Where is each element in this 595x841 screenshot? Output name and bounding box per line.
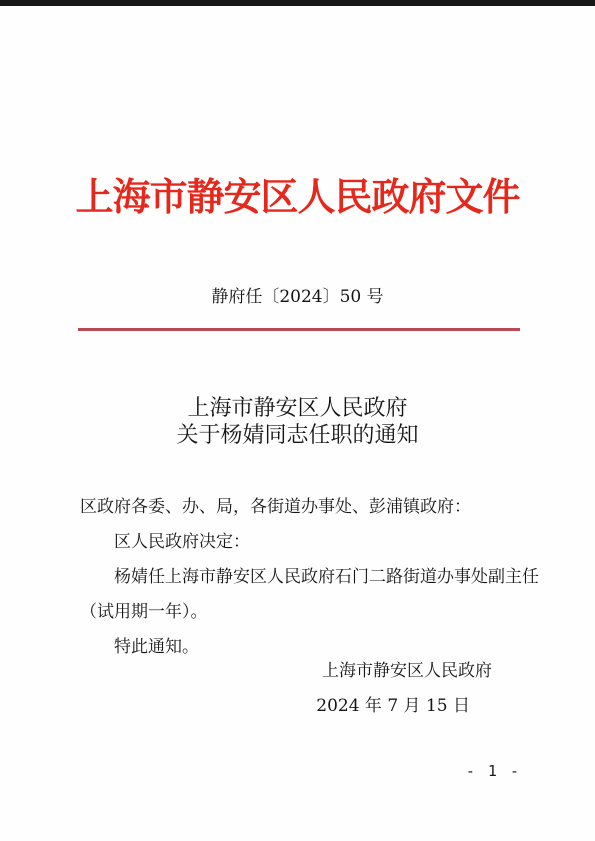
appointment-line: 杨婧任上海市静安区人民政府石门二路街道办事处副主任 — [80, 560, 519, 595]
page-number: - 1 - — [466, 762, 521, 780]
probation-line: （试用期一年）。 — [80, 595, 519, 630]
red-divider-line — [78, 328, 520, 331]
document-reference-number: 静府任〔2024〕50 号 — [0, 282, 595, 307]
document-page: 上海市静安区人民政府文件 静府任〔2024〕50 号 上海市静安区人民政府 关于… — [0, 0, 595, 841]
scan-edge-bar — [0, 0, 595, 6]
notice-title-line2: 关于杨婧同志任职的通知 — [0, 422, 595, 449]
notice-title-line1: 上海市静安区人民政府 — [0, 395, 595, 422]
government-letterhead-title: 上海市静安区人民政府文件 — [0, 166, 595, 221]
issuer-signature: 上海市静安区人民政府 — [322, 656, 492, 681]
notice-title: 上海市静安区人民政府 关于杨婧同志任职的通知 — [0, 395, 595, 449]
issue-date: 2024 年 7 月 15 日 — [316, 691, 470, 716]
salutation-line: 区政府各委、办、局，各街道办事处、彭浦镇政府： — [80, 490, 519, 525]
decision-line: 区人民政府决定： — [80, 525, 519, 560]
notice-body: 区政府各委、办、局，各街道办事处、彭浦镇政府： 区人民政府决定： 杨婧任上海市静… — [80, 490, 519, 665]
